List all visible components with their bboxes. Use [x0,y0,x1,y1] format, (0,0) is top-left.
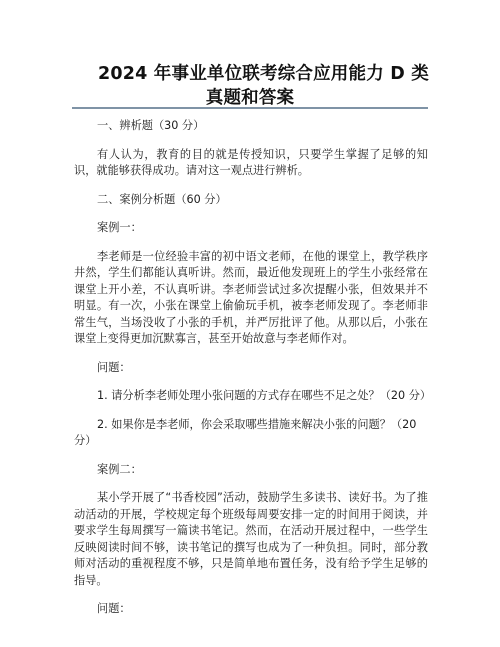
case-1-question-2: 2. 如果你是李老师，你会采取哪些措施来解决小张的问题？（20 分） [74,417,428,450]
case-2-text: 某小学开展了“书香校园”活动，鼓励学生多读书、读好书。为了推动活动的开展，学校规… [74,490,428,589]
section-1-heading: 一、辨析题（30 分） [74,118,428,135]
case-1-label: 案例一： [74,220,428,237]
section-1-prompt: 有人认为，教育的目的就是传授知识，只要学生掌握了足够的知识，就能够获得成功。请对… [74,147,428,180]
section-2-heading: 二、案例分析题（60 分） [74,192,428,209]
case-1-questions-label: 问题： [74,360,428,377]
case-1-text: 李老师是一位经验丰富的初中语文老师，在他的课堂上，教学秩序井然，学生们都能认真听… [74,249,428,348]
title-line-1: 2024 年事业单位联考综合应用能力 D 类 [72,62,428,86]
document-body: 一、辨析题（30 分） 有人认为，教育的目的就是传授知识，只要学生掌握了足够的知… [74,118,428,630]
case-2-label: 案例二： [74,462,428,479]
document-page: 2024 年事业单位联考综合应用能力 D 类 真题和答案 一、辨析题（30 分）… [0,0,500,647]
case-2-questions-label: 问题： [74,601,428,618]
document-title: 2024 年事业单位联考综合应用能力 D 类 真题和答案 [72,62,428,110]
case-1-question-1: 1. 请分析李老师处理小张问题的方式存在哪些不足之处？（20 分） [74,388,428,405]
title-divider [72,107,428,109]
